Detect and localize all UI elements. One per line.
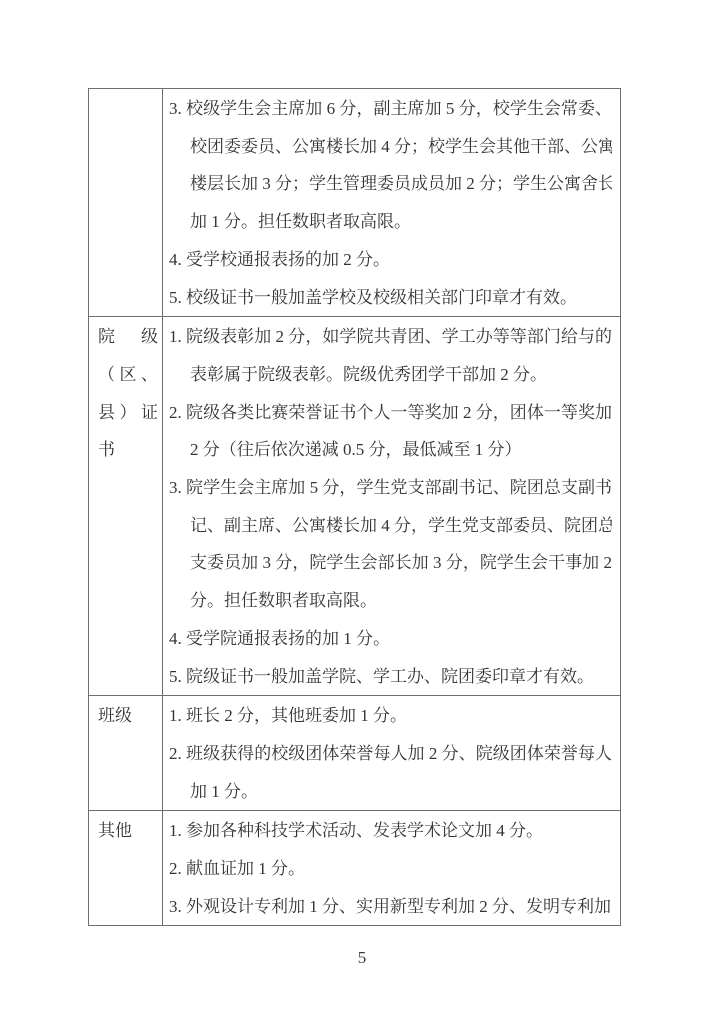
text-line: 1. 院级表彰加 2 分，如学院共青团、学工办等等部门给与的	[169, 318, 612, 356]
row-label-line: 院 级	[98, 318, 158, 356]
page-number: 5	[0, 944, 724, 972]
row-label-cell: 班级	[89, 696, 163, 810]
row-content-cell: 1. 院级表彰加 2 分，如学院共青团、学工办等等部门给与的表彰属于院级表彰。院…	[163, 317, 620, 695]
text-line: 支委员加 3 分，院学生会部长加 3 分，院学生会干事加 2	[169, 544, 612, 582]
row-label-cell	[89, 89, 163, 316]
text-line: 2. 院级各类比赛荣誉证书个人一等奖加 2 分，团体一等奖加	[169, 394, 612, 432]
text-line: 4. 受学校通报表扬的加 2 分。	[169, 241, 612, 279]
row-label-cell: 院 级（区、县）证书	[89, 317, 163, 695]
text-line: 校团委委员、公寓楼长加 4 分；校学生会其他干部、公寓	[169, 128, 612, 166]
text-line: 5. 校级证书一般加盖学校及校级相关部门印章才有效。	[169, 279, 612, 317]
row-content-cell: 1. 班长 2 分，其他班委加 1 分。2. 班级获得的校级团体荣誉每人加 2 …	[163, 696, 620, 810]
text-line: 4. 受学院通报表扬的加 1 分。	[169, 620, 612, 658]
row-label-line: 班级	[98, 697, 158, 735]
document-page: 3. 校级学生会主席加 6 分，副主席加 5 分，校学生会常委、校团委委员、公寓…	[0, 0, 724, 1024]
table-row: 院 级（区、县）证书1. 院级表彰加 2 分，如学院共青团、学工办等等部门给与的…	[89, 316, 620, 695]
text-line: 加 1 分。	[169, 773, 612, 811]
table-row: 其他1. 参加各种科技学术活动、发表学术论文加 4 分。2. 献血证加 1 分。…	[89, 810, 620, 925]
text-line: 1. 参加各种科技学术活动、发表学术论文加 4 分。	[169, 812, 612, 850]
row-label-cell: 其他	[89, 811, 163, 925]
row-label-line: 县）证	[98, 394, 158, 432]
text-line: 2. 班级获得的校级团体荣誉每人加 2 分、院级团体荣誉每人	[169, 735, 612, 773]
text-line: 分。担任数职者取高限。	[169, 582, 612, 620]
table-row: 3. 校级学生会主席加 6 分，副主席加 5 分，校学生会常委、校团委委员、公寓…	[89, 89, 620, 316]
row-label-line: （区、	[98, 356, 158, 394]
text-line: 3. 院学生会主席加 5 分，学生党支部副书记、院团总支副书	[169, 469, 612, 507]
text-line: 3. 校级学生会主席加 6 分，副主席加 5 分，校学生会常委、	[169, 90, 612, 128]
text-line: 1. 班长 2 分，其他班委加 1 分。	[169, 697, 612, 735]
text-line: 3. 外观设计专利加 1 分、实用新型专利加 2 分、发明专利加	[169, 888, 612, 926]
text-line: 加 1 分。担任数职者取高限。	[169, 203, 612, 241]
text-line: 5. 院级证书一般加盖学院、学工办、院团委印章才有效。	[169, 658, 612, 696]
text-line: 楼层长加 3 分；学生管理委员成员加 2 分；学生公寓舍长	[169, 165, 612, 203]
row-content-cell: 1. 参加各种科技学术活动、发表学术论文加 4 分。2. 献血证加 1 分。3.…	[163, 811, 620, 925]
text-line: 2. 献血证加 1 分。	[169, 850, 612, 888]
score-table: 3. 校级学生会主席加 6 分，副主席加 5 分，校学生会常委、校团委委员、公寓…	[88, 88, 621, 926]
text-line: 2 分（往后依次递减 0.5 分，最低减至 1 分）	[169, 431, 612, 469]
row-label-line: 其他	[98, 812, 158, 850]
text-line: 记、副主席、公寓楼长加 4 分，学生党支部委员、院团总	[169, 507, 612, 545]
text-line: 表彰属于院级表彰。院级优秀团学干部加 2 分。	[169, 356, 612, 394]
row-content-cell: 3. 校级学生会主席加 6 分，副主席加 5 分，校学生会常委、校团委委员、公寓…	[163, 89, 620, 316]
row-label-line: 书	[98, 431, 158, 469]
table-row: 班级1. 班长 2 分，其他班委加 1 分。2. 班级获得的校级团体荣誉每人加 …	[89, 695, 620, 810]
